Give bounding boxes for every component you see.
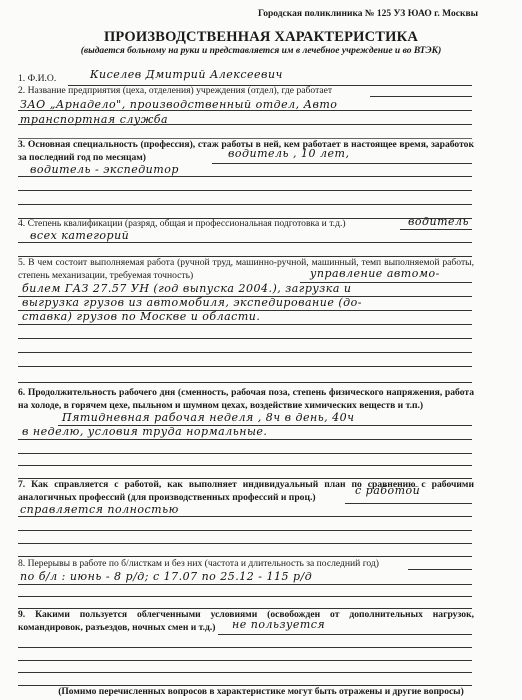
s3-line-3 [18, 190, 472, 191]
s8-line-2 [18, 596, 472, 597]
s7-answer-line-1[interactable]: с работой [355, 484, 420, 497]
s5-line-5 [18, 338, 472, 339]
s5-answer-line-4[interactable]: ставка) грузов по Москве и области. [22, 310, 260, 323]
s6-label: 6. Продолжительность рабочего дня (сменн… [18, 387, 474, 412]
s1-answer[interactable]: Киселев Дмитрий Алексеевич [90, 68, 283, 81]
s5-answer-line-3[interactable]: выгрузка грузов из автомобиля, экспедиро… [22, 296, 362, 309]
s9-line-1 [218, 634, 472, 635]
s7-line-3 [18, 530, 472, 531]
s5-answer-line-1[interactable]: управление автомо- [310, 267, 440, 280]
document-title: ПРОИЗВОДСТВЕННАЯ ХАРАКТЕРИСТИКА [0, 29, 522, 46]
s5-line-7 [18, 366, 472, 367]
s5-answer-line-2[interactable]: билем ГАЗ 27.57 УН (год выпуска 2004.), … [22, 282, 352, 295]
s6-answer-line-1[interactable]: Пятидневная рабочая неделя , 8ч в день, … [62, 411, 355, 424]
s9-answer[interactable]: не пользуется [232, 618, 325, 631]
s4-answer-line-1[interactable]: водитель [408, 215, 469, 228]
s3-line-4 [18, 204, 472, 205]
s2-line-1 [18, 110, 472, 111]
s6-line-2 [18, 439, 472, 440]
s7-line-5 [18, 556, 472, 557]
s5-line-6 [18, 352, 472, 353]
s8-answer[interactable]: по б/л : июнь - 8 р/д; с 17.07 по 25.12 … [20, 570, 312, 583]
s9-line-3 [18, 660, 472, 661]
s2-line-0 [370, 96, 472, 97]
s9-line-4 [18, 672, 472, 673]
s6-answer-line-2[interactable]: в неделю, условия труда нормальные. [22, 425, 267, 438]
s6-line-4 [18, 465, 472, 466]
s8-label: 8. Перерывы в работе по б/листкам и без … [18, 558, 474, 571]
s9-line-5 [18, 685, 472, 686]
s3-line-1 [212, 163, 472, 164]
s4-answer-line-2[interactable]: всех категорий [30, 229, 129, 242]
s4-line-1 [400, 229, 472, 230]
s7-line-2 [18, 516, 472, 517]
s3-answer-line-1[interactable]: водитель , 10 лет, [228, 147, 349, 160]
s8-line-0 [408, 569, 472, 570]
s3-line-2 [18, 176, 472, 177]
document-subtitle: (выдается больному на руки и представляе… [0, 46, 522, 56]
s7-answer-line-2[interactable]: справляется полностью [20, 503, 179, 516]
s6-line-3 [18, 453, 472, 454]
s4-line-2 [18, 242, 472, 243]
s8-line-1 [18, 584, 472, 585]
s2-line-2 [18, 124, 472, 125]
s5-line-4 [18, 324, 472, 325]
s7-line-4 [18, 543, 472, 544]
s9-line-2 [18, 647, 472, 648]
s7-line-1 [345, 503, 472, 504]
clinic-name: Городская поликлиника № 125 УЗ ЮАО г. Мо… [258, 9, 478, 19]
s3-answer-line-2[interactable]: водитель - экспедитор [30, 163, 179, 176]
s5-line-8 [18, 382, 472, 383]
footer-note: (Помимо перечисленных вопросов в характе… [0, 687, 522, 697]
